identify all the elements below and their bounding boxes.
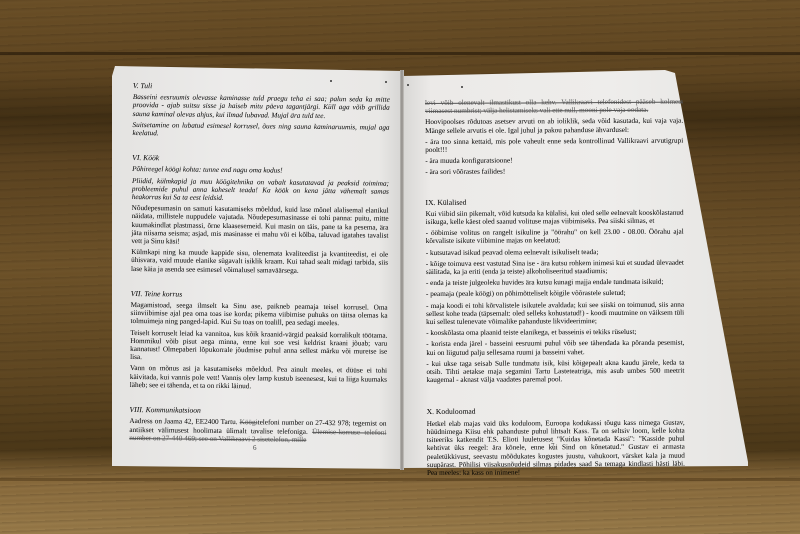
section-pets: X. Koduloomad Hetkel elab majas vaid üks… xyxy=(427,407,685,477)
paragraph: Basseini eesruumis olevasse kaminasse tu… xyxy=(133,93,390,120)
paragraph: Magamistoad, seega ilmselt ka Sinu ase, … xyxy=(130,301,387,328)
left-page-content: V. Tuli Basseini eesruumis olevasse kami… xyxy=(129,82,390,462)
section-heading: VI. Köök xyxy=(132,154,389,165)
paper-speck xyxy=(461,86,463,88)
page-number: 7 xyxy=(551,442,555,450)
paragraph: Pliidid, külmkapid ja muu köögitehnika o… xyxy=(132,177,389,204)
section-heading: V. Tuli xyxy=(133,82,390,93)
paragraph: Nõudepesumasin on samuti kasutamiseks mõ… xyxy=(131,204,388,248)
paragraph: Teiselt korruselt leiad ka vannitoa, kus… xyxy=(130,329,387,365)
paragraph: Põhireegel köögi kohta: tunne end nagu o… xyxy=(132,165,389,176)
list-item: - peamaja (peale köögi) on põhimõttelise… xyxy=(426,289,684,299)
list-item: - ööbimise volitus on rangelt isikuline … xyxy=(426,228,684,246)
list-item: - kutsutavad isikud peavad olema eelneva… xyxy=(426,247,684,257)
paragraph: Hoovipoolses rõdutoas asetsev arvuti on … xyxy=(425,117,683,135)
section-communication: VIII. Kommunikatsioon Aadress on Jaama 4… xyxy=(129,406,386,445)
table-board-seam xyxy=(0,52,800,55)
paper-speck xyxy=(385,81,387,83)
list-item: - kooskõlasta oma plaanid teiste elanike… xyxy=(426,328,684,338)
paragraph: Hetkel elab majas vaid üks koduloom, Eur… xyxy=(427,418,685,477)
right-page-content: levi võib olenevalt ilmastikust olla keh… xyxy=(425,98,685,494)
struck-text: Köögi xyxy=(240,418,258,426)
section-heading: VIII. Kommunikatsioon xyxy=(130,406,387,417)
section-heading: X. Koduloomad xyxy=(427,407,685,417)
list-item: - ära sori võõrastes failides! xyxy=(425,167,683,177)
list-item: - kõige toimuva eest vastutad Sina ise -… xyxy=(426,258,684,276)
section-heading: VII. Teine korrus xyxy=(131,290,388,301)
list-item: - enda ja teiste julgeoleku huvides ära … xyxy=(426,278,684,288)
list-item: - maja koodi ei tohi kõrvalistele isikut… xyxy=(426,300,684,326)
section-computer: levi võib olenevalt ilmastikust olla keh… xyxy=(425,98,683,177)
section-second-floor: VII. Teine korrus Magamistoad, seega ilm… xyxy=(130,290,388,392)
paragraph: Suitsetamine on lubatud esimesel korruse… xyxy=(132,121,389,140)
paragraph: Külmkapi ning ka muude kappide sisu, ole… xyxy=(131,248,388,275)
page-number: 6 xyxy=(253,444,257,452)
section-heading: IX. Külalised xyxy=(426,197,684,207)
booklet-spine xyxy=(400,70,404,470)
paragraph: Vann on mõnus asi ja kasutamiseks mõeldu… xyxy=(130,364,387,391)
list-item: - ära muuda konfiguratsioone! xyxy=(425,156,683,166)
paragraph-address: Aadress on Jaama 42, EE2400 Tartu. Köögi… xyxy=(129,417,386,444)
list-item: - korista enda järel - basseini eesruumi… xyxy=(426,339,684,357)
section-guests: IX. Külalised Kui viibid siin pikemalt, … xyxy=(426,197,685,384)
list-item: - kui ukse taga seisab Sulle tundmatu is… xyxy=(426,359,684,385)
paragraph: Kui viibid siin pikemalt, võid kutsuda k… xyxy=(426,208,684,226)
section-kitchen: VI. Köök Põhireegel köögi kohta: tunne e… xyxy=(131,154,389,275)
paper-speck xyxy=(407,84,409,86)
struck-text: levi võib olenevalt ilmastikust olla keh… xyxy=(425,98,683,116)
list-item: - ära too sinna kettaid, mis pole vaheul… xyxy=(425,136,683,154)
section-fire: V. Tuli Basseini eesruumis olevasse kami… xyxy=(132,82,390,140)
paper-speck xyxy=(330,80,332,82)
